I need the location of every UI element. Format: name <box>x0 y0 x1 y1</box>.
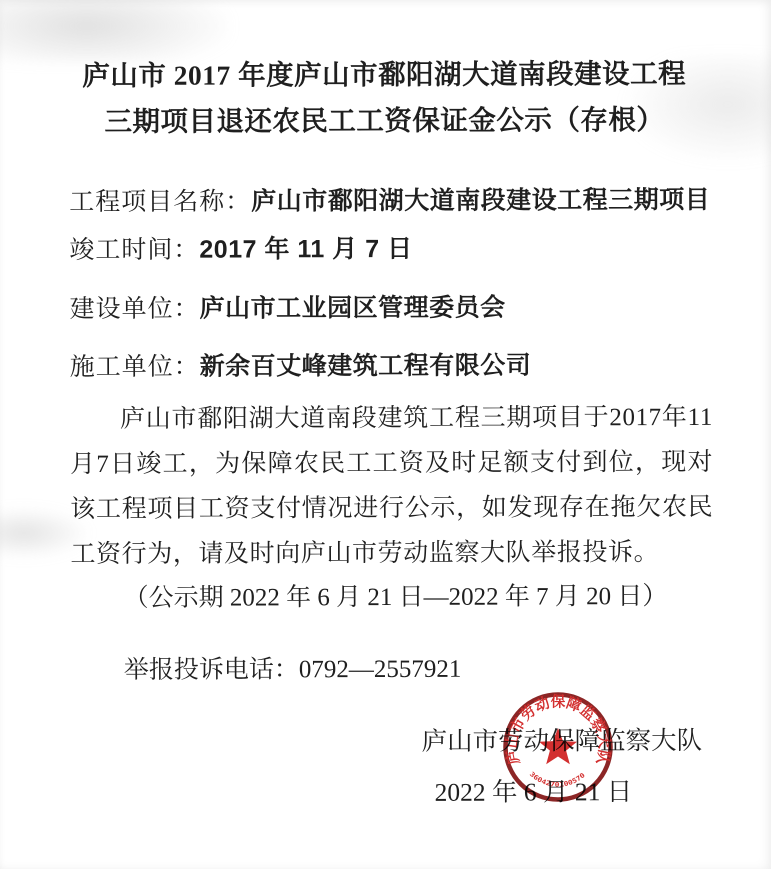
field-project-name: 工程项目名称：庐山市鄱阳湖大道南段建设工程三期项目 <box>69 184 712 219</box>
seal-star-icon <box>539 728 577 764</box>
field-contractor: 施工单位：新余百丈峰建筑工程有限公司 <box>70 349 713 384</box>
publicity-period: （公示期 2022 年 6 月 21 日—2022 年 7 月 20 日） <box>70 575 713 621</box>
field-construction-owner: 建设单位：庐山市工业园区管理委员会 <box>70 291 713 326</box>
field-construction-owner-value: 庐山市工业园区管理委员会 <box>200 294 506 323</box>
document-content: 庐山市 2017 年度庐山市鄱阳湖大道南段建设工程 三期项目退还农民工工资保证金… <box>0 0 771 869</box>
field-construction-owner-label: 建设单位： <box>70 296 200 323</box>
signature-org: 庐山市劳动保障监察大队 <box>1 721 771 764</box>
seal-code-holder: 3604270100570 <box>528 770 587 789</box>
field-completion-date: 竣工时间：2017 年 11 月 7 日 <box>69 232 712 267</box>
official-seal: 庐山市劳动保障监察大队 3604270100570 <box>498 686 618 808</box>
signature-date: 2022 年 6 月 21 日 <box>1 772 771 815</box>
field-contractor-label: 施工单位： <box>70 354 200 381</box>
title-line-2: 三期项目退还农民工工资保证金公示（存根） <box>59 97 710 145</box>
title-line-1: 庐山市 2017 年度庐山市鄱阳湖大道南段建设工程 <box>59 51 710 99</box>
body-paragraph: 庐山市鄱阳湖大道南段建筑工程三期项目于2017年11月7日竣工，为保障农民工工资… <box>70 395 714 577</box>
hotline-number: 0792—2557921 <box>299 656 462 684</box>
field-contractor-value: 新余百丈峰建筑工程有限公司 <box>200 351 532 380</box>
hotline-line: 举报投诉电话：0792—2557921 <box>71 649 714 691</box>
field-completion-date-label: 竣工时间： <box>69 237 199 264</box>
field-project-name-value: 庐山市鄱阳湖大道南段建设工程三期项目 <box>251 186 710 216</box>
hotline-label: 举报投诉电话： <box>124 656 299 684</box>
scanned-document-page: 庐山市 2017 年度庐山市鄱阳湖大道南段建设工程 三期项目退还农民工工资保证金… <box>0 0 771 869</box>
seal-code: 3604270100570 <box>528 770 587 789</box>
document-title: 庐山市 2017 年度庐山市鄱阳湖大道南段建设工程 三期项目退还农民工工资保证金… <box>59 51 710 145</box>
project-fields: 工程项目名称：庐山市鄱阳湖大道南段建设工程三期项目 竣工时间：2017 年 11… <box>69 184 713 384</box>
field-completion-date-value: 2017 年 11 月 7 日 <box>199 235 412 264</box>
field-project-name-label: 工程项目名称： <box>69 188 251 216</box>
official-seal-graphic: 庐山市劳动保障监察大队 3604270100570 <box>498 686 618 808</box>
